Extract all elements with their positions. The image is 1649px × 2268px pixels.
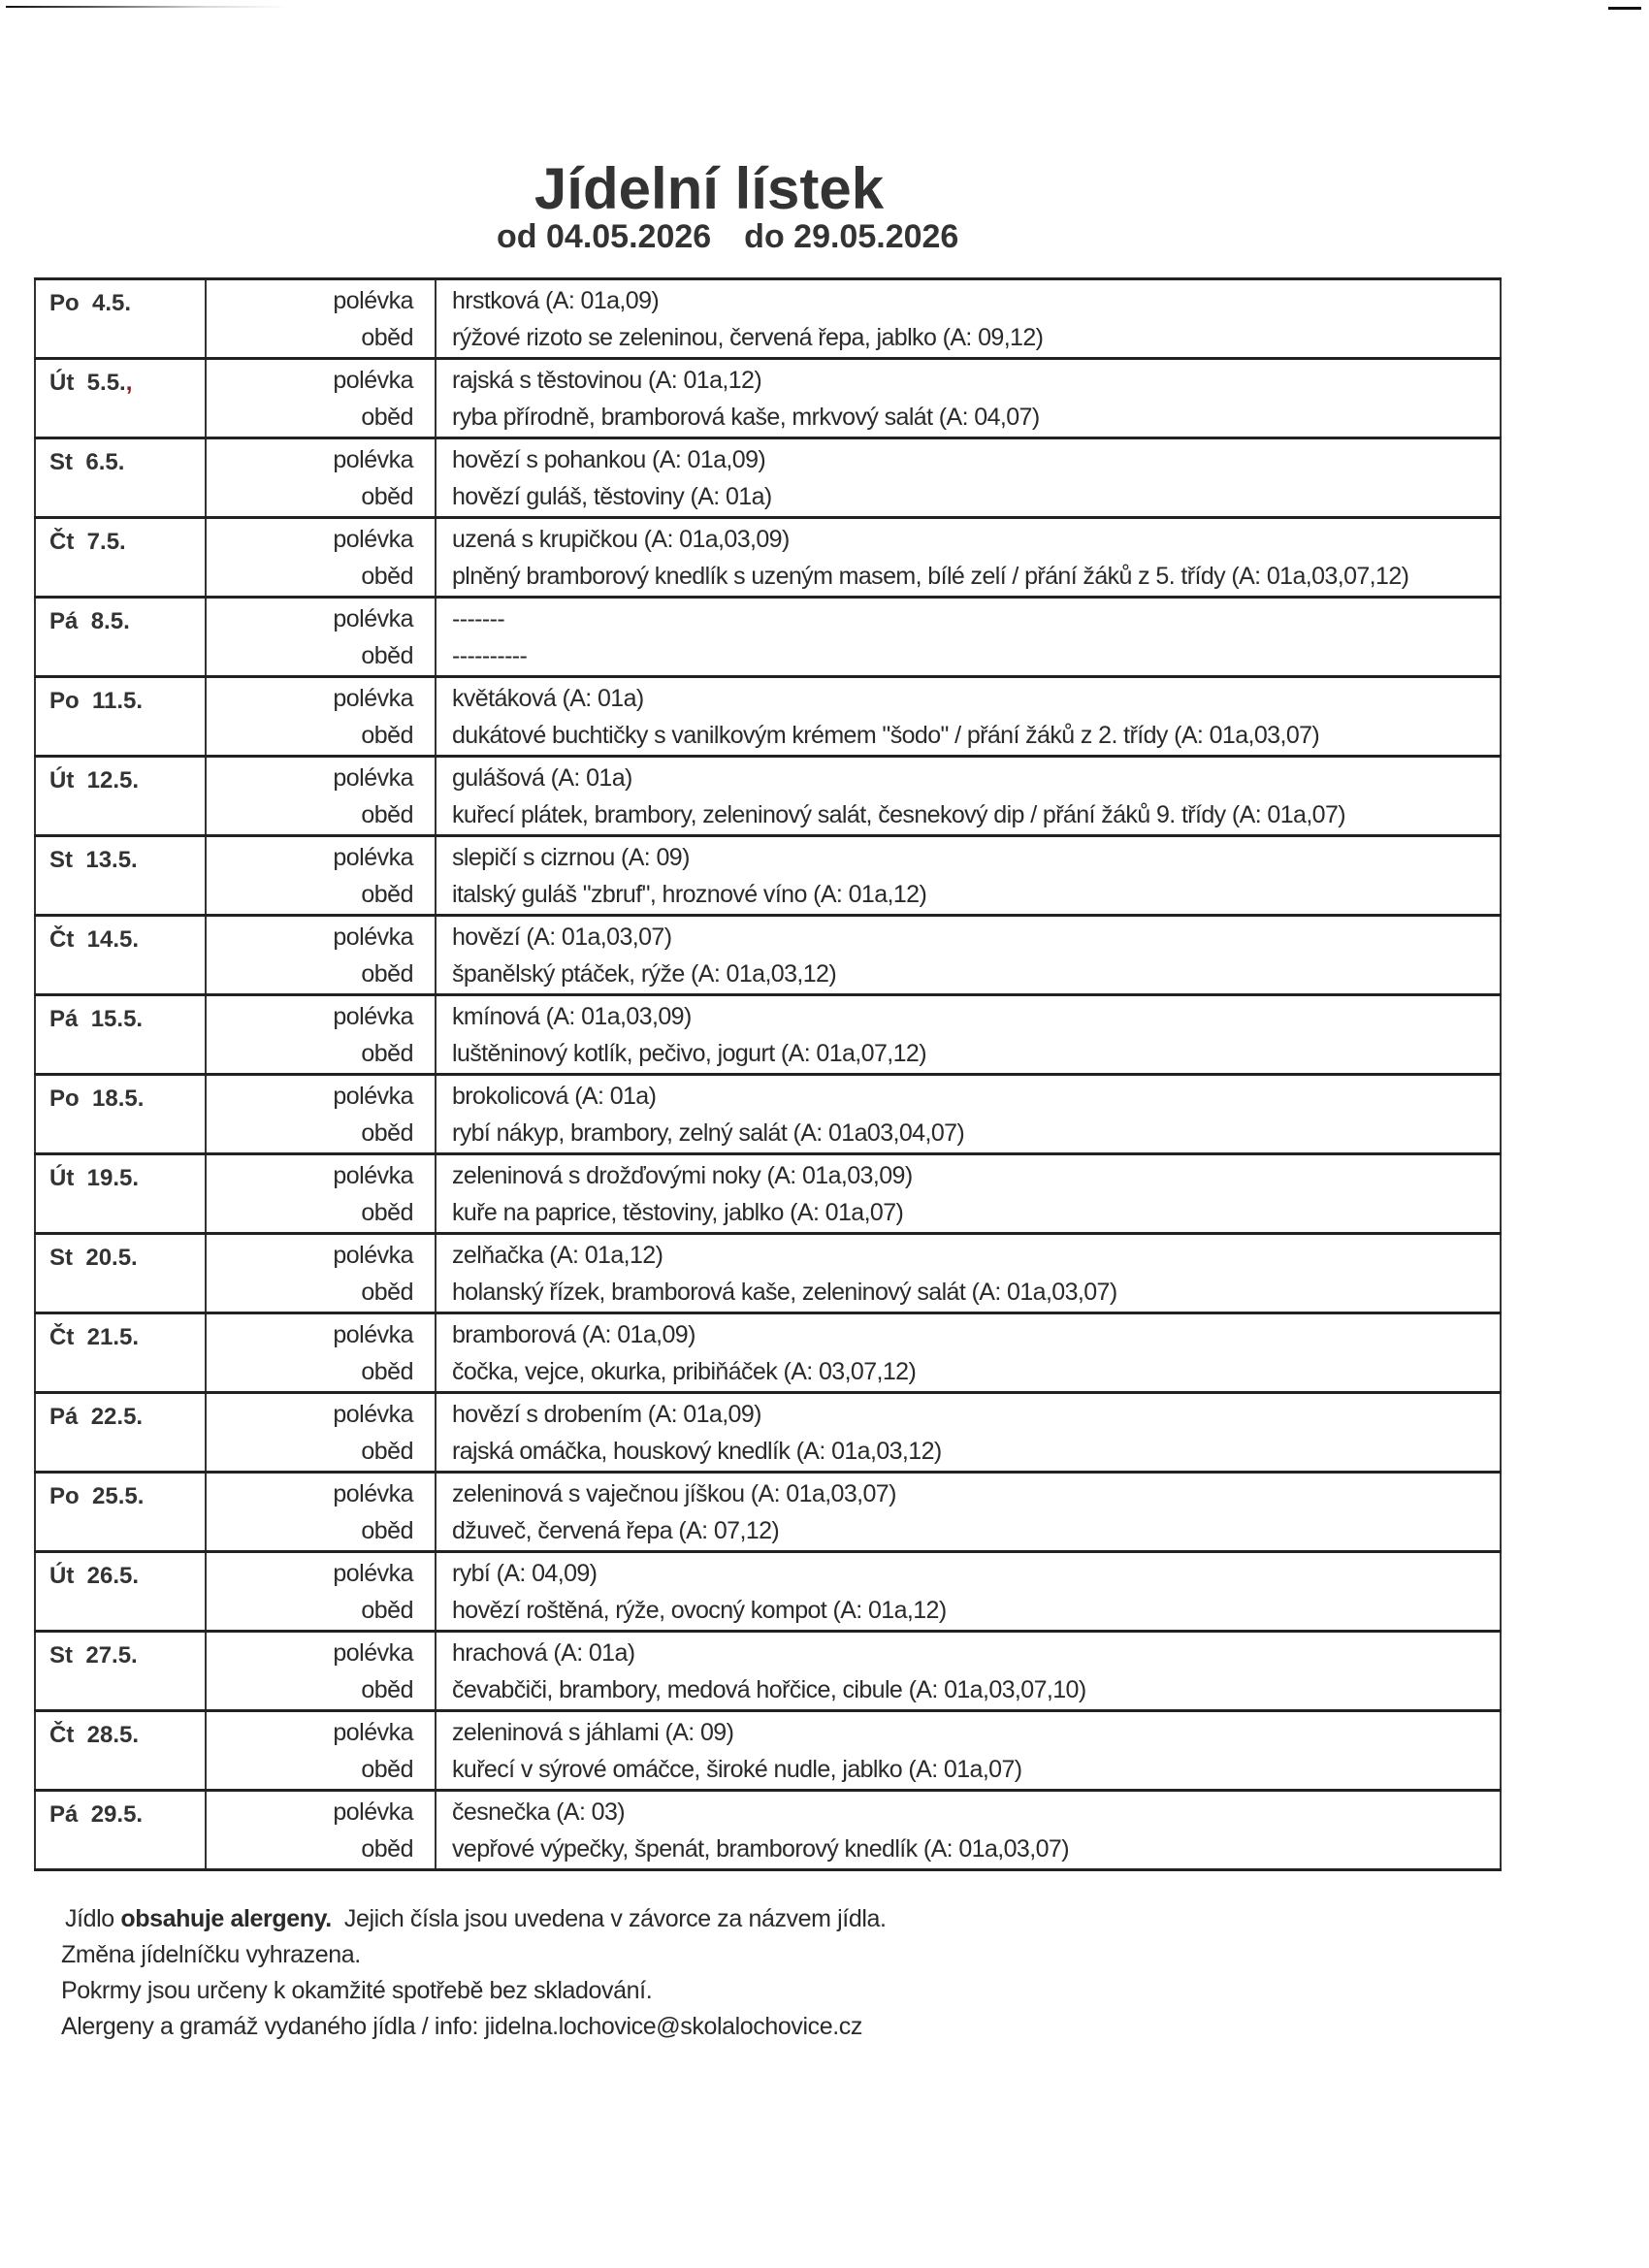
lunch-dish: ryba přírodně, bramborová kaše, mrkvový … bbox=[436, 399, 1500, 436]
day-date: Po 18.5. bbox=[35, 1075, 206, 1154]
dish-cell: hrachová (A: 01a)čevabčiči, brambory, me… bbox=[436, 1632, 1501, 1711]
soup-dish: gulášová (A: 01a) bbox=[436, 760, 1500, 796]
meal-type-cell: polévkaoběd bbox=[206, 1473, 436, 1552]
date-value: 29.5. bbox=[91, 1801, 143, 1828]
dish-cell: hovězí s drobením (A: 01a,09)rajská omáč… bbox=[436, 1393, 1501, 1473]
date-range: od 04.05.2026do 29.05.2026 bbox=[497, 218, 958, 256]
day-abbrev: Po bbox=[49, 688, 80, 714]
lunch-dish: dukátové buchtičky s vanilkovým krémem "… bbox=[436, 717, 1500, 754]
meal-type-lunch: oběd bbox=[207, 1115, 435, 1151]
menu-day-row: Pá 8.5.polévkaoběd----------------- bbox=[35, 598, 1501, 677]
menu-day-row: St 27.5.polévkaobědhrachová (A: 01a)čeva… bbox=[35, 1632, 1501, 1711]
meal-type-lunch: oběd bbox=[207, 1194, 435, 1231]
meal-type-soup: polévka bbox=[207, 998, 435, 1035]
day-abbrev: Pá bbox=[49, 608, 78, 634]
meal-type-lunch: oběd bbox=[207, 717, 435, 754]
date-value: 4.5. bbox=[92, 290, 131, 316]
meal-type-soup: polévka bbox=[207, 1794, 435, 1831]
dish-cell: zelňačka (A: 01a,12)holanský řízek, bram… bbox=[436, 1234, 1501, 1313]
date-value: 8.5. bbox=[91, 608, 130, 634]
menu-table-body: Po 4.5.polévkaobědhrstková (A: 01a,09)rý… bbox=[35, 279, 1501, 1870]
meal-type-cell: polévkaoběd bbox=[206, 1711, 436, 1791]
menu-day-row: Út 19.5.polévkaobědzeleninová s drožďový… bbox=[35, 1154, 1501, 1234]
page-title: Jídelní lístek bbox=[0, 155, 1418, 222]
meal-type-lunch: oběd bbox=[207, 478, 435, 515]
dish-cell: zeleninová s vaječnou jíškou (A: 01a,03,… bbox=[436, 1473, 1501, 1552]
lunch-dish: rýžové rizoto se zeleninou, červená řepa… bbox=[436, 319, 1500, 356]
dish-cell: hovězí s pohankou (A: 01a,09)hovězí gulá… bbox=[436, 438, 1501, 518]
meal-type-cell: polévkaoběd bbox=[206, 757, 436, 836]
meal-type-cell: polévkaoběd bbox=[206, 995, 436, 1075]
soup-dish: slepičí s cizrnou (A: 09) bbox=[436, 839, 1500, 876]
dish-cell: hrstková (A: 01a,09)rýžové rizoto se zel… bbox=[436, 279, 1501, 359]
day-abbrev: Út bbox=[49, 1563, 74, 1589]
day-abbrev: Po bbox=[49, 290, 80, 316]
day-date: Pá 22.5. bbox=[35, 1393, 206, 1473]
day-date: St 13.5. bbox=[35, 836, 206, 916]
date-value: 27.5. bbox=[85, 1642, 137, 1669]
lunch-dish: plněný bramborový knedlík s uzeným masem… bbox=[436, 558, 1500, 595]
lunch-dish: džuveč, červená řepa (A: 07,12) bbox=[436, 1512, 1500, 1549]
day-date: Út 12.5. bbox=[35, 757, 206, 836]
day-abbrev: Út bbox=[49, 767, 74, 794]
menu-table: Po 4.5.polévkaobědhrstková (A: 01a,09)rý… bbox=[34, 277, 1502, 1871]
meal-type-lunch: oběd bbox=[207, 956, 435, 992]
from-label: od bbox=[497, 218, 537, 255]
day-abbrev: St bbox=[49, 449, 73, 475]
lunch-dish: hovězí roštěná, rýže, ovocný kompot (A: … bbox=[436, 1592, 1500, 1629]
meal-type-lunch: oběd bbox=[207, 1035, 435, 1072]
soup-dish: zeleninová s drožďovými noky (A: 01a,03,… bbox=[436, 1157, 1500, 1194]
day-abbrev: Po bbox=[49, 1483, 80, 1509]
meal-type-lunch: oběd bbox=[207, 637, 435, 674]
dish-cell: rajská s těstovinou (A: 01a,12)ryba přír… bbox=[436, 359, 1501, 438]
meal-type-cell: polévkaoběd bbox=[206, 1791, 436, 1870]
menu-day-row: Út 12.5.polévkaobědgulášová (A: 01a)kuře… bbox=[35, 757, 1501, 836]
to-label: do bbox=[744, 218, 785, 255]
meal-type-lunch: oběd bbox=[207, 876, 435, 913]
soup-dish: hrachová (A: 01a) bbox=[436, 1635, 1500, 1671]
meal-type-lunch: oběd bbox=[207, 1831, 435, 1867]
date-value: 19.5. bbox=[87, 1165, 139, 1191]
menu-day-row: Po 18.5.polévkaobědbrokolicová (A: 01a)r… bbox=[35, 1075, 1501, 1154]
date-value: 21.5. bbox=[87, 1324, 139, 1350]
date-value: 14.5. bbox=[87, 926, 139, 953]
date-value: 28.5. bbox=[87, 1722, 139, 1748]
dish-cell: kmínová (A: 01a,03,09)luštěninový kotlík… bbox=[436, 995, 1501, 1075]
meal-type-cell: polévkaoběd bbox=[206, 1393, 436, 1473]
meal-type-soup: polévka bbox=[207, 1316, 435, 1353]
soup-dish: zeleninová s jáhlami (A: 09) bbox=[436, 1714, 1500, 1751]
day-abbrev: St bbox=[49, 847, 73, 873]
meal-type-lunch: oběd bbox=[207, 1751, 435, 1788]
date-value: 20.5. bbox=[85, 1245, 137, 1271]
day-abbrev: Čt bbox=[49, 1722, 74, 1748]
day-date: St 6.5. bbox=[35, 438, 206, 518]
soup-dish: brokolicová (A: 01a) bbox=[436, 1078, 1500, 1115]
day-date: Čt 7.5. bbox=[35, 518, 206, 598]
date-value: 6.5. bbox=[85, 449, 124, 475]
day-date: St 20.5. bbox=[35, 1234, 206, 1313]
date-value: 18.5. bbox=[92, 1085, 144, 1112]
lunch-dish: kuřecí plátek, brambory, zeleninový salá… bbox=[436, 796, 1500, 833]
menu-day-row: Po 4.5.polévkaobědhrstková (A: 01a,09)rý… bbox=[35, 279, 1501, 359]
menu-day-row: St 13.5.polévkaobědslepičí s cizrnou (A:… bbox=[35, 836, 1501, 916]
dish-cell: slepičí s cizrnou (A: 09)italský guláš "… bbox=[436, 836, 1501, 916]
meal-type-lunch: oběd bbox=[207, 1512, 435, 1549]
menu-day-row: Po 25.5.polévkaobědzeleninová s vaječnou… bbox=[35, 1473, 1501, 1552]
menu-day-row: Út 26.5.polévkaobědrybí (A: 04,09)hovězí… bbox=[35, 1552, 1501, 1632]
dish-cell: uzená s krupičkou (A: 01a,03,09)plněný b… bbox=[436, 518, 1501, 598]
date-value: 11.5. bbox=[92, 688, 143, 714]
day-abbrev: Čt bbox=[49, 1324, 74, 1350]
meal-type-soup: polévka bbox=[207, 1714, 435, 1751]
lunch-dish: kuře na paprice, těstoviny, jablko (A: 0… bbox=[436, 1194, 1500, 1231]
date-value: 15.5. bbox=[91, 1006, 143, 1032]
meal-type-lunch: oběd bbox=[207, 1353, 435, 1390]
allergen-note-bold: obsahuje alergeny. bbox=[120, 1905, 331, 1932]
soup-dish: hrstková (A: 01a,09) bbox=[436, 282, 1500, 319]
soup-dish: zeleninová s vaječnou jíškou (A: 01a,03,… bbox=[436, 1475, 1500, 1512]
meal-type-cell: polévkaoběd bbox=[206, 1552, 436, 1632]
meal-type-cell: polévkaoběd bbox=[206, 359, 436, 438]
meal-type-cell: polévkaoběd bbox=[206, 279, 436, 359]
meal-type-soup: polévka bbox=[207, 521, 435, 558]
soup-dish: zelňačka (A: 01a,12) bbox=[436, 1237, 1500, 1274]
date-value: 22.5. bbox=[91, 1404, 143, 1430]
meal-type-soup: polévka bbox=[207, 680, 435, 717]
day-date: Pá 29.5. bbox=[35, 1791, 206, 1870]
allergen-note: Jídlo obsahuje alergeny. Jejich čísla js… bbox=[61, 1901, 887, 1937]
dish-cell: zeleninová s drožďovými noky (A: 01a,03,… bbox=[436, 1154, 1501, 1234]
menu-day-row: Pá 29.5.polévkaobědčesnečka (A: 03)vepřo… bbox=[35, 1791, 1501, 1870]
soup-dish: květáková (A: 01a) bbox=[436, 680, 1500, 717]
dish-cell: květáková (A: 01a)dukátové buchtičky s v… bbox=[436, 677, 1501, 757]
meal-type-soup: polévka bbox=[207, 441, 435, 478]
menu-day-row: Út 5.5.,polévkaobědrajská s těstovinou (… bbox=[35, 359, 1501, 438]
day-abbrev: St bbox=[49, 1245, 73, 1271]
date-value: 12.5. bbox=[87, 767, 139, 794]
to-date: 29.05.2026 bbox=[793, 218, 958, 255]
meal-type-cell: polévkaoběd bbox=[206, 1234, 436, 1313]
meal-type-cell: polévkaoběd bbox=[206, 518, 436, 598]
soup-dish: uzená s krupičkou (A: 01a,03,09) bbox=[436, 521, 1500, 558]
meal-type-soup: polévka bbox=[207, 1555, 435, 1592]
menu-day-row: Čt 28.5.polévkaobědzeleninová s jáhlami … bbox=[35, 1711, 1501, 1791]
date-value: 5.5. bbox=[87, 370, 126, 396]
meal-type-soup: polévka bbox=[207, 362, 435, 399]
meal-type-lunch: oběd bbox=[207, 399, 435, 436]
lunch-dish: vepřové výpečky, špenát, bramborový kned… bbox=[436, 1831, 1500, 1867]
menu-day-row: Pá 15.5.polévkaobědkmínová (A: 01a,03,09… bbox=[35, 995, 1501, 1075]
menu-day-row: Pá 22.5.polévkaobědhovězí s drobením (A:… bbox=[35, 1393, 1501, 1473]
dish-cell: rybí (A: 04,09)hovězí roštěná, rýže, ovo… bbox=[436, 1552, 1501, 1632]
day-abbrev: Pá bbox=[49, 1404, 78, 1430]
meal-type-cell: polévkaoběd bbox=[206, 1313, 436, 1393]
meal-type-lunch: oběd bbox=[207, 1274, 435, 1311]
dish-cell: česnečka (A: 03)vepřové výpečky, špenát,… bbox=[436, 1791, 1501, 1870]
scan-artifact-mark bbox=[1608, 7, 1641, 10]
meal-type-soup: polévka bbox=[207, 1475, 435, 1512]
dish-cell: gulášová (A: 01a)kuřecí plátek, brambory… bbox=[436, 757, 1501, 836]
soup-dish: kmínová (A: 01a,03,09) bbox=[436, 998, 1500, 1035]
soup-dish: rajská s těstovinou (A: 01a,12) bbox=[436, 362, 1500, 399]
day-date: Po 25.5. bbox=[35, 1473, 206, 1552]
day-abbrev: Čt bbox=[49, 529, 74, 555]
menu-day-row: St 20.5.polévkaobědzelňačka (A: 01a,12)h… bbox=[35, 1234, 1501, 1313]
consumption-note: Pokrmy jsou určeny k okamžité spotřebě b… bbox=[61, 1973, 887, 2009]
footer-notes: Jídlo obsahuje alergeny. Jejich čísla js… bbox=[61, 1901, 887, 2045]
meal-type-cell: polévkaoběd bbox=[206, 677, 436, 757]
dish-cell: ----------------- bbox=[436, 598, 1501, 677]
meal-type-cell: polévkaoběd bbox=[206, 836, 436, 916]
day-date: Čt 28.5. bbox=[35, 1711, 206, 1791]
meal-type-soup: polévka bbox=[207, 1396, 435, 1433]
dish-cell: brokolicová (A: 01a)rybí nákyp, brambory… bbox=[436, 1075, 1501, 1154]
lunch-dish: hovězí guláš, těstoviny (A: 01a) bbox=[436, 478, 1500, 515]
lunch-dish: rybí nákyp, brambory, zelný salát (A: 01… bbox=[436, 1115, 1500, 1151]
menu-day-row: Čt 7.5.polévkaoběduzená s krupičkou (A: … bbox=[35, 518, 1501, 598]
day-abbrev: Pá bbox=[49, 1006, 78, 1032]
from-date: 04.05.2026 bbox=[546, 218, 711, 255]
day-abbrev: Út bbox=[49, 370, 74, 396]
soup-dish: hovězí s drobením (A: 01a,09) bbox=[436, 1396, 1500, 1433]
meal-type-soup: polévka bbox=[207, 839, 435, 876]
dish-cell: hovězí (A: 01a,03,07)španělský ptáček, r… bbox=[436, 916, 1501, 995]
meal-type-lunch: oběd bbox=[207, 796, 435, 833]
lunch-dish: španělský ptáček, rýže (A: 01a,03,12) bbox=[436, 956, 1500, 992]
day-date: Po 4.5. bbox=[35, 279, 206, 359]
meal-type-soup: polévka bbox=[207, 1157, 435, 1194]
info-note: Alergeny a gramáž vydaného jídla / info:… bbox=[61, 2009, 887, 2045]
lunch-dish: rajská omáčka, houskový knedlík (A: 01a,… bbox=[436, 1433, 1500, 1470]
date-value: 25.5. bbox=[92, 1483, 144, 1509]
day-abbrev: St bbox=[49, 1642, 73, 1669]
day-date: Pá 15.5. bbox=[35, 995, 206, 1075]
meal-type-lunch: oběd bbox=[207, 1671, 435, 1708]
meal-type-soup: polévka bbox=[207, 760, 435, 796]
menu-day-row: St 6.5.polévkaobědhovězí s pohankou (A: … bbox=[35, 438, 1501, 518]
meal-type-cell: polévkaoběd bbox=[206, 1075, 436, 1154]
meal-type-cell: polévkaoběd bbox=[206, 1154, 436, 1234]
allergen-note-prefix: Jídlo bbox=[65, 1905, 120, 1932]
day-abbrev: Pá bbox=[49, 1801, 78, 1828]
meal-type-lunch: oběd bbox=[207, 319, 435, 356]
date-suffix: , bbox=[126, 370, 133, 396]
soup-dish: ------- bbox=[436, 600, 1500, 637]
soup-dish: hovězí s pohankou (A: 01a,09) bbox=[436, 441, 1500, 478]
day-date: Čt 14.5. bbox=[35, 916, 206, 995]
lunch-dish: ---------- bbox=[436, 637, 1500, 674]
menu-day-row: Čt 14.5.polévkaobědhovězí (A: 01a,03,07)… bbox=[35, 916, 1501, 995]
day-abbrev: Po bbox=[49, 1085, 80, 1112]
lunch-dish: luštěninový kotlík, pečivo, jogurt (A: 0… bbox=[436, 1035, 1500, 1072]
day-abbrev: Út bbox=[49, 1165, 74, 1191]
meal-type-soup: polévka bbox=[207, 1237, 435, 1274]
day-date: Út 26.5. bbox=[35, 1552, 206, 1632]
meal-type-lunch: oběd bbox=[207, 1433, 435, 1470]
meal-type-cell: polévkaoběd bbox=[206, 1632, 436, 1711]
lunch-dish: holanský řízek, bramborová kaše, zelenin… bbox=[436, 1274, 1500, 1311]
menu-day-row: Po 11.5.polévkaobědkvětáková (A: 01a)duk… bbox=[35, 677, 1501, 757]
dish-cell: bramborová (A: 01a,09)čočka, vejce, okur… bbox=[436, 1313, 1501, 1393]
date-value: 7.5. bbox=[87, 529, 126, 555]
date-value: 13.5. bbox=[85, 847, 137, 873]
change-note: Změna jídelníčku vyhrazena. bbox=[61, 1937, 887, 1973]
lunch-dish: kuřecí v sýrové omáčce, široké nudle, ja… bbox=[436, 1751, 1500, 1788]
lunch-dish: italský guláš "zbruf", hroznové víno (A:… bbox=[436, 876, 1500, 913]
meal-type-cell: polévkaoběd bbox=[206, 438, 436, 518]
meal-type-soup: polévka bbox=[207, 919, 435, 956]
day-abbrev: Čt bbox=[49, 926, 74, 953]
scan-artifact-line bbox=[6, 6, 287, 8]
meal-type-soup: polévka bbox=[207, 1078, 435, 1115]
meal-type-lunch: oběd bbox=[207, 558, 435, 595]
meal-type-cell: polévkaoběd bbox=[206, 598, 436, 677]
meal-type-soup: polévka bbox=[207, 600, 435, 637]
dish-cell: zeleninová s jáhlami (A: 09)kuřecí v sýr… bbox=[436, 1711, 1501, 1791]
lunch-dish: čočka, vejce, okurka, pribiňáček (A: 03,… bbox=[436, 1353, 1500, 1390]
day-date: Po 11.5. bbox=[35, 677, 206, 757]
lunch-dish: čevabčiči, brambory, medová hořčice, cib… bbox=[436, 1671, 1500, 1708]
day-date: Čt 21.5. bbox=[35, 1313, 206, 1393]
soup-dish: hovězí (A: 01a,03,07) bbox=[436, 919, 1500, 956]
soup-dish: česnečka (A: 03) bbox=[436, 1794, 1500, 1831]
day-date: Út 5.5., bbox=[35, 359, 206, 438]
soup-dish: bramborová (A: 01a,09) bbox=[436, 1316, 1500, 1353]
soup-dish: rybí (A: 04,09) bbox=[436, 1555, 1500, 1592]
day-date: St 27.5. bbox=[35, 1632, 206, 1711]
allergen-note-suffix: Jejich čísla jsou uvedena v závorce za n… bbox=[332, 1905, 887, 1932]
date-value: 26.5. bbox=[87, 1563, 139, 1589]
meal-type-cell: polévkaoběd bbox=[206, 916, 436, 995]
menu-day-row: Čt 21.5.polévkaobědbramborová (A: 01a,09… bbox=[35, 1313, 1501, 1393]
day-date: Pá 8.5. bbox=[35, 598, 206, 677]
meal-type-lunch: oběd bbox=[207, 1592, 435, 1629]
meal-type-soup: polévka bbox=[207, 1635, 435, 1671]
day-date: Út 19.5. bbox=[35, 1154, 206, 1234]
meal-type-soup: polévka bbox=[207, 282, 435, 319]
